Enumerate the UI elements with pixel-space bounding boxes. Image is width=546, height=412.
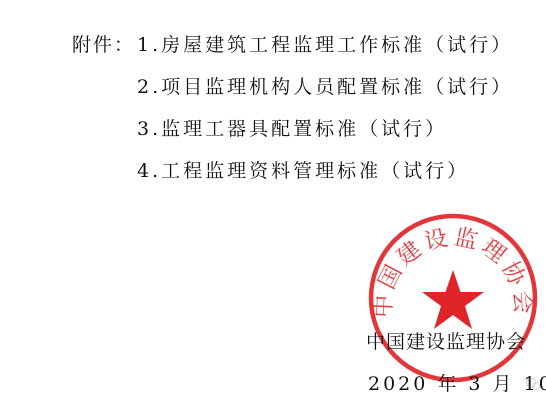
star-icon	[422, 270, 484, 329]
attachment-number: 1.	[137, 34, 161, 56]
attachments-label: 附件：	[72, 33, 135, 57]
attachment-item-4: 4.工程监理资料管理标准（试行）	[137, 159, 469, 183]
attachment-number: 3.	[137, 118, 161, 140]
attachment-item-3: 3.监理工器具配置标准（试行）	[137, 117, 447, 141]
attachment-title: 项目监理机构人员配置标准（试行）	[161, 76, 513, 98]
official-seal-stamp: 中国建设监理协会	[367, 212, 539, 384]
attachment-item-1: 1.房屋建筑工程监理工作标准（试行）	[137, 33, 513, 57]
attachment-title: 工程监理资料管理标准（试行）	[161, 160, 469, 182]
attachment-title: 监理工器具配置标准（试行）	[161, 118, 447, 140]
signature-date: 2020 年 3 月 10 日	[368, 372, 546, 396]
attachment-number: 4.	[137, 160, 161, 182]
attachment-item-2: 2.项目监理机构人员配置标准（试行）	[137, 75, 513, 99]
attachment-title: 房屋建筑工程监理工作标准（试行）	[161, 34, 513, 56]
signature-organization: 中国建设监理协会	[366, 330, 526, 354]
attachment-number: 2.	[137, 76, 161, 98]
watermark-icon	[525, 376, 541, 392]
